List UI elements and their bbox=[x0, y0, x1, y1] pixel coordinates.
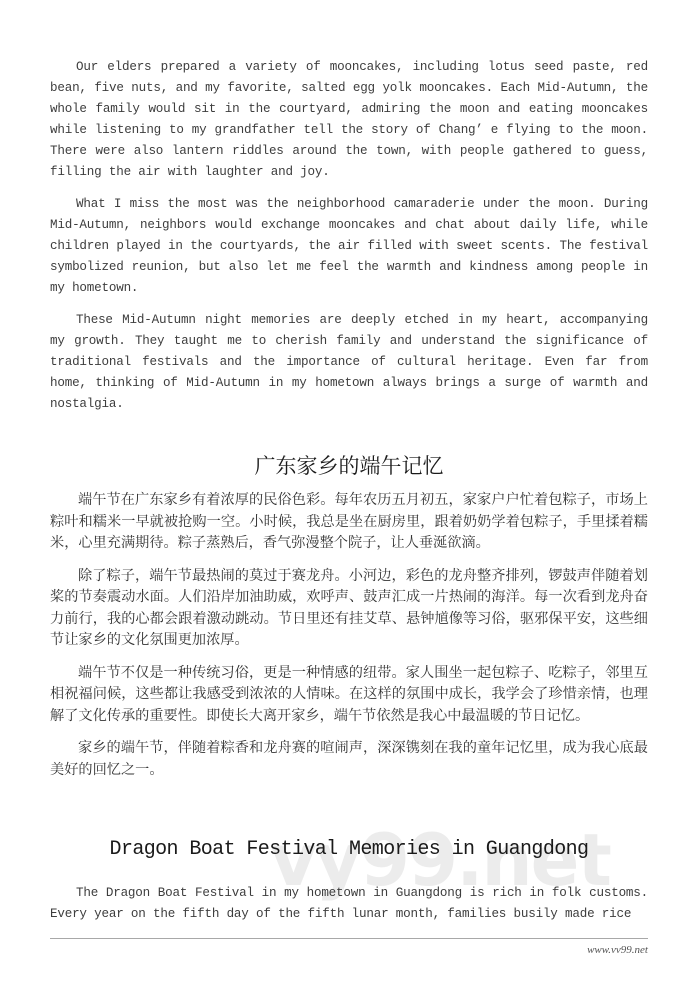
dragon-boat-english-section: The Dragon Boat Festival in my hometown … bbox=[50, 883, 648, 925]
section-title-english: Dragon Boat Festival Memories in Guangdo… bbox=[50, 838, 648, 861]
paragraph: What I miss the most was the neighborhoo… bbox=[50, 194, 648, 299]
footer-divider bbox=[50, 938, 648, 939]
footer-url: www.vv99.net bbox=[587, 944, 648, 956]
paragraph: 除了粽子，端午节最热闹的莫过于赛龙舟。小河边，彩色的龙舟整齐排列，锣鼓声伴随着划… bbox=[50, 566, 648, 652]
dragon-boat-chinese-section: 端午节在广东家乡有着浓厚的民俗色彩。每年农历五月初五，家家户户忙着包粽子，市场上… bbox=[50, 490, 648, 781]
paragraph: 端午节不仅是一种传统习俗，更是一种情感的纽带。家人围坐一起包粽子、吃粽子，邻里互… bbox=[50, 663, 648, 728]
paragraph: 端午节在广东家乡有着浓厚的民俗色彩。每年农历五月初五，家家户户忙着包粽子，市场上… bbox=[50, 490, 648, 555]
section-title-chinese: 广东家乡的端午记忆 bbox=[50, 450, 648, 480]
paragraph: These Mid-Autumn night memories are deep… bbox=[50, 310, 648, 415]
mid-autumn-english-section: Our elders prepared a variety of mooncak… bbox=[50, 57, 648, 415]
paragraph: The Dragon Boat Festival in my hometown … bbox=[50, 883, 648, 925]
paragraph: Our elders prepared a variety of mooncak… bbox=[50, 57, 648, 183]
paragraph: 家乡的端午节，伴随着粽香和龙舟赛的喧闹声，深深镌刻在我的童年记忆里，成为我心底最… bbox=[50, 738, 648, 781]
